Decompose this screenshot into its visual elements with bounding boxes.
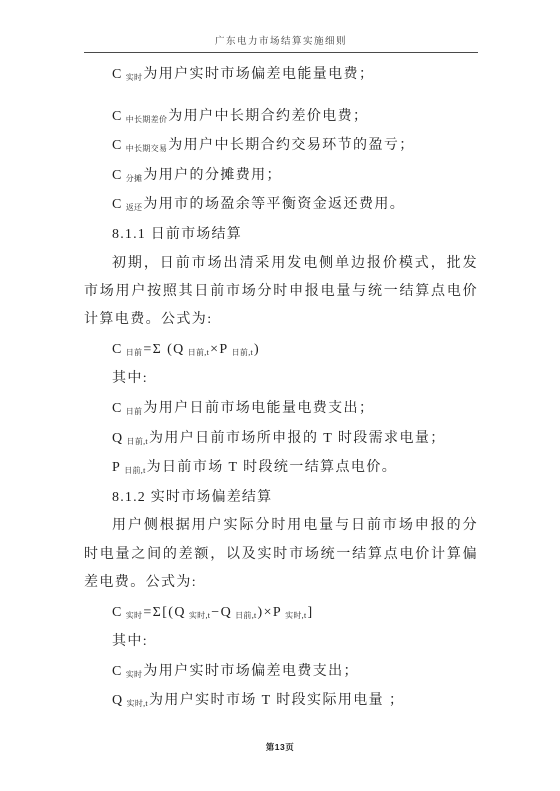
definition-line: C日前为用户日前市场电能量电费支出； <box>84 394 478 424</box>
header-rule <box>84 52 478 53</box>
section-heading: 8.1.2 实时市场偏差结算 <box>84 483 478 513</box>
text-segment: 为用户日前市场电能量电费支出； <box>143 401 374 416</box>
text-segment: C <box>112 109 123 124</box>
text-segment: )×P <box>258 605 283 620</box>
definition-line: C实时为用户实时市场偏差电能量电费； <box>84 60 478 90</box>
text-segment: C <box>112 401 123 416</box>
document-page: 广东电力市场结算实施细则 C实时为用户实时市场偏差电能量电费；C中长期差价为用户… <box>0 0 560 791</box>
page-header-title: 广东电力市场结算实施细则 <box>84 33 478 52</box>
subscript-text: 返还 <box>126 203 143 212</box>
text-segment: 初期，日前市场出清采用发电侧单边报价模式，批发市场用户按照其日前市场分时申报电量… <box>84 256 478 328</box>
text-segment: C <box>112 67 123 82</box>
definition-line: C分摊为用户的分摊费用； <box>84 161 478 191</box>
text-segment: 8.1.2 实时市场偏差结算 <box>112 490 272 505</box>
definition-line: C中长期交易为用户中长期合约交易环节的盈亏； <box>84 131 478 161</box>
subscript-text: 分摊 <box>126 174 143 183</box>
definition-line: C中长期差价为用户中长期合约差价电费； <box>84 102 478 132</box>
section-heading: 8.1.1 日前市场结算 <box>84 220 478 250</box>
subscript-text: 实时,t <box>127 699 148 708</box>
definition-line: 其中: <box>84 364 478 394</box>
text-segment: C <box>112 168 123 183</box>
text-segment: =Σ (Q <box>143 342 184 357</box>
paragraph: 用户侧根据用户实际分时用电量与日前市场申报的分时电量之间的差额，以及实时市场统一… <box>84 512 478 597</box>
subscript-text: 日前,t <box>232 348 253 357</box>
paragraph: 初期，日前市场出清采用发电侧单边报价模式，批发市场用户按照其日前市场分时申报电量… <box>84 250 478 335</box>
subscript-text: 日前,t <box>124 466 145 475</box>
text-segment: 为用户实时市场偏差电能量电费； <box>143 67 374 82</box>
subscript-text: 日前,t <box>188 348 209 357</box>
text-segment: 为日前市场 T 时段统一结算点电价。 <box>147 460 398 475</box>
text-segment: 为用市的场盈余等平衡资金返还费用。 <box>143 197 405 212</box>
text-segment: 为用户实时市场 T 时段实际用电量 ； <box>149 693 404 708</box>
text-segment: P <box>112 460 121 475</box>
text-segment: =Σ[(Q <box>143 605 185 620</box>
definition-line: Q实时,t为用户实时市场 T 时段实际用电量 ； <box>84 686 478 716</box>
subscript-text: 日前 <box>126 407 143 416</box>
text-segment: C <box>112 342 123 357</box>
text-segment: −Q <box>211 605 232 620</box>
text-segment: Q <box>112 693 124 708</box>
text-segment: ] <box>308 605 314 620</box>
text-segment: 为用户中长期合约交易环节的盈亏； <box>168 138 414 153</box>
text-segment: C <box>112 664 123 679</box>
text-segment: ×P <box>210 342 228 357</box>
subscript-text: 日前 <box>126 348 143 357</box>
definition-line: C实时为用户实时市场偏差电费支出； <box>84 657 478 687</box>
definition-line: 其中: <box>84 627 478 657</box>
subscript-text: 实时,t <box>285 611 306 620</box>
text-segment: 用户侧根据用户实际分时用电量与日前市场申报的分时电量之间的差额，以及实时市场统一… <box>84 518 478 590</box>
text-segment: C <box>112 197 123 212</box>
subscript-text: 实时 <box>126 611 143 620</box>
definition-line: C返还为用市的场盈余等平衡资金返还费用。 <box>84 190 478 220</box>
definition-line: P日前,t为日前市场 T 时段统一结算点电价。 <box>84 453 478 483</box>
text-segment: Q <box>112 431 124 446</box>
definition-line: Q日前,t为用户日前市场所申报的 T 时段需求电量； <box>84 424 478 454</box>
text-segment: ) <box>254 342 260 357</box>
subscript-text: 日前,t <box>235 611 256 620</box>
text-segment: 为用户中长期合约差价电费； <box>168 109 368 124</box>
text-segment: 为用户的分摊费用； <box>143 168 282 183</box>
formula-line: C日前=Σ (Q日前,t×P日前,t) <box>84 335 478 365</box>
subscript-text: 中长期交易 <box>126 144 168 153</box>
text-segment: 其中: <box>112 371 148 386</box>
subscript-text: 中长期差价 <box>126 115 168 124</box>
text-segment: C <box>112 605 123 620</box>
text-segment: 为用户日前市场所申报的 T 时段需求电量； <box>149 431 446 446</box>
text-segment: 8.1.1 日前市场结算 <box>112 227 242 242</box>
subscript-text: 实时,t <box>189 611 210 620</box>
text-segment: 其中: <box>112 634 148 649</box>
text-segment: 为用户实时市场偏差电费支出； <box>143 664 359 679</box>
page-number-footer: 第13页 <box>0 741 560 753</box>
subscript-text: 实时 <box>126 670 143 679</box>
subscript-text: 日前,t <box>127 437 148 446</box>
subscript-text: 实时 <box>126 73 143 82</box>
formula-line: C实时=Σ[(Q实时,t−Q日前,t)×P实时,t] <box>84 598 478 628</box>
document-body: C实时为用户实时市场偏差电能量电费；C中长期差价为用户中长期合约差价电费；C中长… <box>84 60 478 716</box>
text-segment: C <box>112 138 123 153</box>
